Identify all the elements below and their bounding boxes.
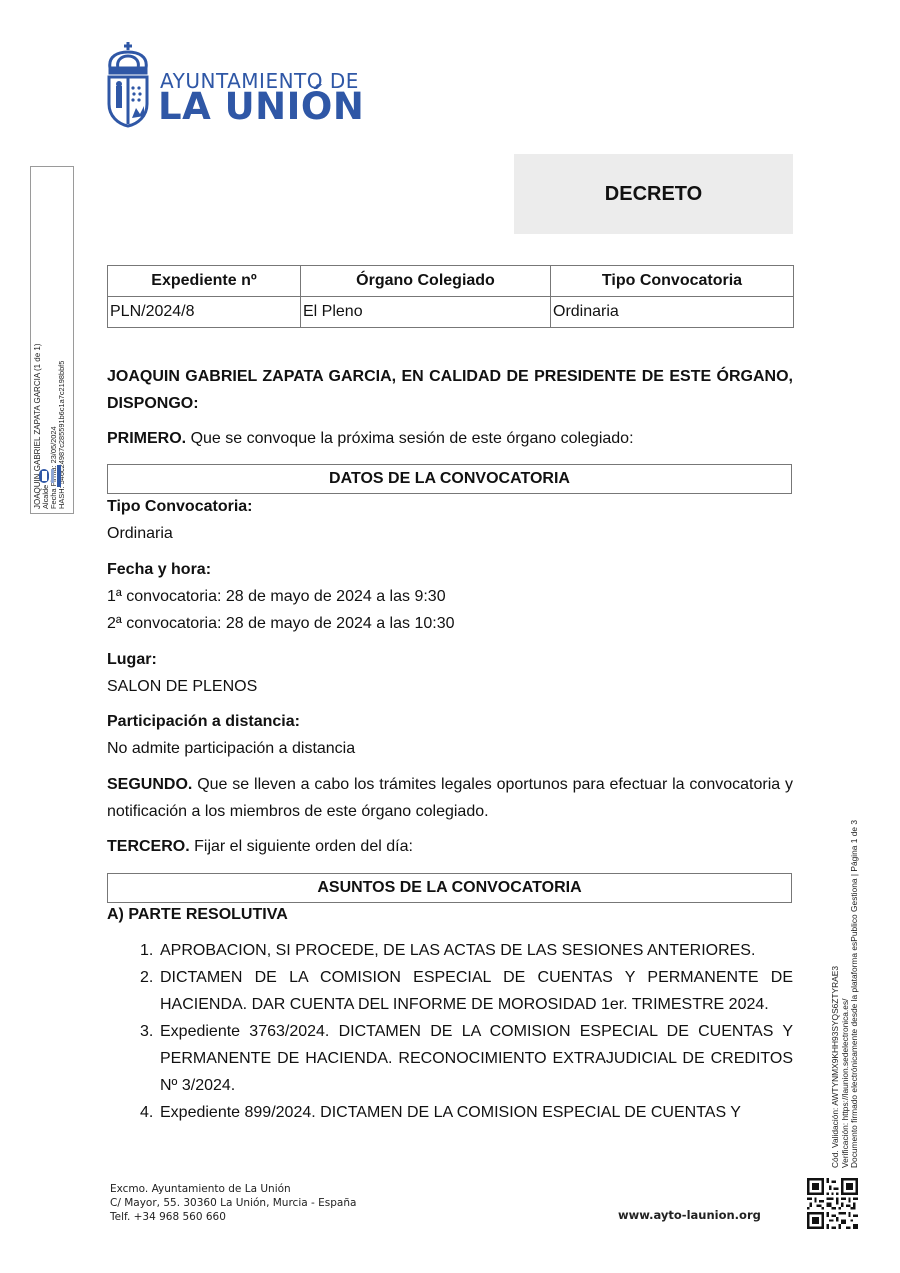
parte-resolutiva-heading: A) PARTE RESOLUTIVA <box>107 906 288 924</box>
segunda-convocatoria: 2ª convocatoria: 28 de mayo de 2024 a la… <box>107 615 455 633</box>
fecha-hora-label: Fecha y hora: <box>107 561 211 579</box>
tipo-convocatoria-value: Ordinaria <box>107 525 173 543</box>
verification-block: Cód. Validación: AWTYNMX9KHH93SYQS6ZTYRA… <box>831 788 860 1168</box>
lugar-value: SALON DE PLENOS <box>107 678 257 696</box>
distancia-label: Participación a distancia: <box>107 713 300 731</box>
footer-address: Excmo. Ayuntamiento de La Unión C/ Mayor… <box>110 1182 356 1224</box>
table-header-row: Expediente nº Órgano Colegiado Tipo Conv… <box>108 266 794 297</box>
header-tipo: Tipo Convocatoria <box>551 266 794 297</box>
lugar-label: Lugar: <box>107 651 157 669</box>
logo-title-line2: LA UNIÓN <box>158 88 364 125</box>
cell-organo: El Pleno <box>301 297 551 328</box>
tercero-paragraph: TERCERO. Fijar el siguiente orden del dí… <box>107 833 793 860</box>
primero-label: PRIMERO. <box>107 430 186 447</box>
signature-stamp: JOAQUIN GABRIEL ZAPATA GARCIA (1 de 1) A… <box>30 166 74 514</box>
primero-paragraph: PRIMERO. Que se convoque la próxima sesi… <box>107 425 793 452</box>
document-type-box: DECRETO <box>514 154 793 234</box>
list-item: 1.APROBACION, SI PROCEDE, DE LAS ACTAS D… <box>160 937 793 964</box>
stamp-logo-icon <box>37 461 67 491</box>
primero-text: Que se convoque la próxima sesión de est… <box>186 430 633 447</box>
list-item: 4.Expediente 899/2024. DICTAMEN DE LA CO… <box>160 1099 793 1126</box>
list-item: 3.Expediente 3763/2024. DICTAMEN DE LA C… <box>160 1018 793 1099</box>
intro-paragraph: JOAQUIN GABRIEL ZAPATA GARCIA, EN CALIDA… <box>107 363 793 417</box>
footer-website-link[interactable]: www.ayto-launion.org <box>618 1208 761 1222</box>
coat-of-arms-icon <box>106 42 150 128</box>
expediente-table: Expediente nº Órgano Colegiado Tipo Conv… <box>107 265 794 328</box>
asuntos-section-header: ASUNTOS DE LA CONVOCATORIA <box>107 873 792 903</box>
segundo-text: Que se lleven a cabo los trámites legale… <box>107 776 793 820</box>
tercero-text: Fijar el siguiente orden del día: <box>190 838 413 855</box>
municipality-logo: AYUNTAMIENTO DE LA UNIÓN <box>106 42 356 130</box>
header-expediente: Expediente nº <box>108 266 301 297</box>
cell-expediente: PLN/2024/8 <box>108 297 301 328</box>
tercero-label: TERCERO. <box>107 838 190 855</box>
qr-code-icon <box>807 1178 858 1229</box>
cell-tipo: Ordinaria <box>551 297 794 328</box>
primera-convocatoria: 1ª convocatoria: 28 de mayo de 2024 a la… <box>107 588 446 606</box>
header-organo: Órgano Colegiado <box>301 266 551 297</box>
table-row: PLN/2024/8 El Pleno Ordinaria <box>108 297 794 328</box>
segundo-label: SEGUNDO. <box>107 776 192 793</box>
distancia-value: No admite participación a distancia <box>107 740 355 758</box>
orden-del-dia-list: 1.APROBACION, SI PROCEDE, DE LAS ACTAS D… <box>107 937 793 1126</box>
signature-platform-note: Documento firmado electrónicamente desde… <box>850 788 860 1168</box>
list-item: 2.DICTAMEN DE LA COMISION ESPECIAL DE CU… <box>160 964 793 1018</box>
document-type-title: DECRETO <box>605 183 702 206</box>
datos-section-header: DATOS DE LA CONVOCATORIA <box>107 464 792 494</box>
tipo-convocatoria-label: Tipo Convocatoria: <box>107 498 253 516</box>
segundo-paragraph: SEGUNDO. Que se lleven a cabo los trámit… <box>107 771 793 825</box>
